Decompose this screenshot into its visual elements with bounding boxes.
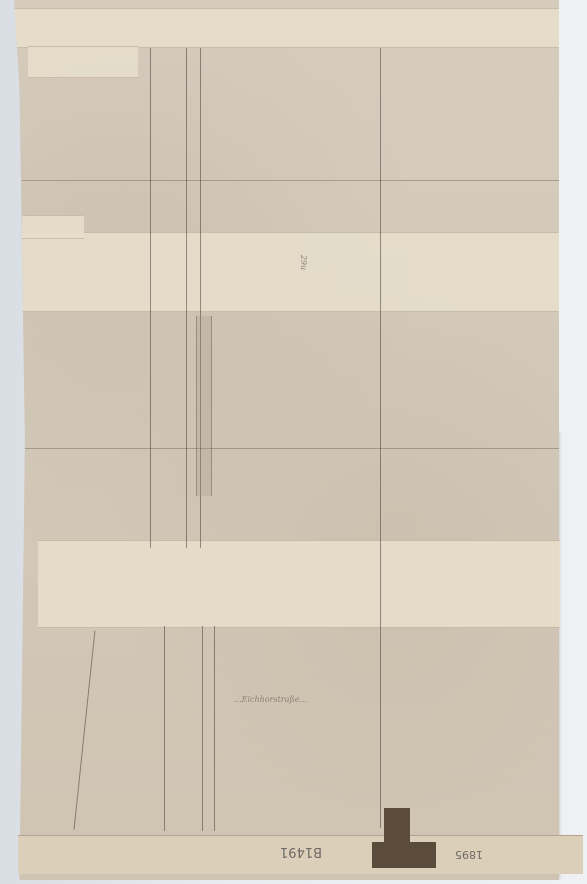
tape-band-1-edge bbox=[22, 215, 84, 239]
year-number: 1895 bbox=[455, 848, 483, 861]
vertical-line bbox=[214, 626, 215, 831]
top-left-tape bbox=[28, 46, 138, 78]
vertical-line bbox=[202, 626, 203, 831]
center-note: 29u bbox=[299, 255, 308, 270]
tape-band-2 bbox=[38, 540, 560, 628]
fold-line bbox=[22, 180, 559, 181]
vertical-line bbox=[380, 48, 381, 828]
tape-band-1 bbox=[22, 232, 559, 312]
pencil-caption: ...Eichhorstraße... bbox=[234, 695, 307, 704]
fold-line bbox=[22, 448, 559, 449]
vertical-line bbox=[150, 48, 151, 548]
brown-tape-horizontal bbox=[372, 842, 436, 868]
vertical-line bbox=[186, 48, 187, 548]
vertical-tape-strip bbox=[196, 316, 212, 496]
top-tape bbox=[14, 8, 559, 48]
paper-sheet: 29u ...Eichhorstraße... bbox=[14, 0, 559, 880]
vertical-line bbox=[164, 626, 165, 831]
vertical-line bbox=[74, 630, 96, 829]
catalog-number: B1491 bbox=[280, 844, 322, 859]
